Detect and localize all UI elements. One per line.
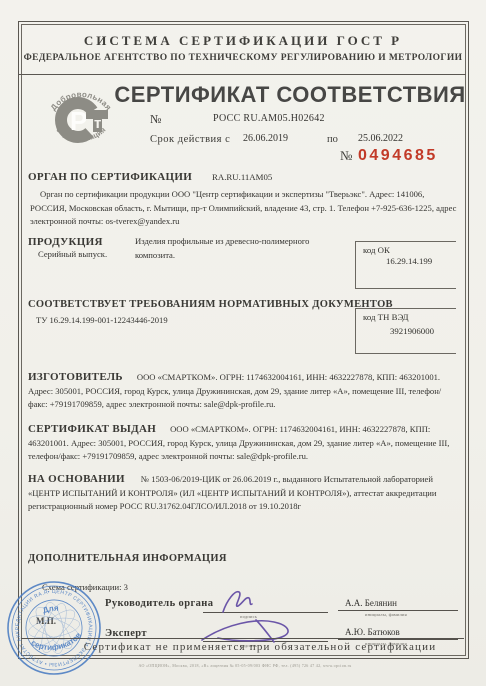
stamp-ring-text: • ЦЕНТР СЕРТИФИКАЦИИ И ЭКСПЕРТИЗЫ • АТТЕ… bbox=[2, 576, 99, 676]
validity-label: Срок действия с bbox=[150, 134, 230, 145]
head-name-line bbox=[338, 610, 458, 611]
product-heading: ПРОДУКЦИЯ bbox=[28, 236, 103, 248]
svg-text:• ЦЕНТР СЕРТИФИКАЦИИ И ЭКСПЕРТ: • ЦЕНТР СЕРТИФИКАЦИИ И ЭКСПЕРТИЗЫ • АТТЕ… bbox=[2, 576, 99, 676]
organ-body: Орган по сертификации продукции ООО "Цен… bbox=[30, 188, 458, 229]
issued-heading: СЕРТИФИКАТ ВЫДАН bbox=[28, 423, 156, 435]
tnved-code-value: 3921906000 bbox=[390, 326, 456, 336]
compliance-heading: СООТВЕТСТВУЕТ ТРЕБОВАНИЯМ НОРМАТИВНЫХ ДО… bbox=[28, 299, 393, 310]
header-divider bbox=[19, 74, 466, 75]
ok-code-box: код ОК 16.29.14.199 bbox=[355, 241, 456, 289]
ok-code-value: 16.29.14.199 bbox=[386, 256, 456, 266]
agency-line: ФЕДЕРАЛЬНОЕ АГЕНТСТВО ПО ТЕХНИЧЕСКОМУ РЕ… bbox=[22, 53, 464, 63]
valid-from-date: 26.06.2019 bbox=[243, 133, 288, 144]
footer-note: Сертификат не применяется при обязательн… bbox=[60, 641, 460, 653]
product-serial: Серийный выпуск. bbox=[38, 248, 107, 262]
certification-stamp: • ЦЕНТР СЕРТИФИКАЦИИ И ЭКСПЕРТИЗЫ • АТТЕ… bbox=[2, 576, 106, 680]
tnved-code-box: код ТН ВЭД 3921906000 bbox=[355, 308, 456, 354]
system-line: СИСТЕМА СЕРТИФИКАЦИИ ГОСТ Р bbox=[30, 33, 456, 49]
printing-house-line: АО «ОПЦИОН», Москва, 2018, «В» лицензия … bbox=[95, 663, 395, 668]
compliance-tu: ТУ 16.29.14.199-001-12243446-2019 bbox=[36, 314, 168, 328]
rst-voluntary-certification-emblem: Добровольная сертификация Р т bbox=[40, 84, 122, 154]
manufacturer-heading: ИЗГОТОВИТЕЛЬ bbox=[28, 371, 123, 383]
valid-to-date: 25.06.2022 bbox=[358, 133, 403, 144]
cert-number-value: РОСС RU.AM05.H02642 bbox=[213, 113, 325, 124]
head-of-body-label: Руководитель органа bbox=[105, 598, 213, 609]
issued-paragraph: СЕРТИФИКАТ ВЫДАНООО «СМАРТКОМ». ОГРН: 11… bbox=[28, 423, 460, 464]
manufacturer-paragraph: ИЗГОТОВИТЕЛЬООО «СМАРТКОМ». ОГРН: 117463… bbox=[28, 371, 460, 412]
valid-to-label: по bbox=[327, 134, 338, 145]
basis-paragraph: НА ОСНОВАНИИ№ 1503-06/2019-ЦИК от 26.06.… bbox=[28, 473, 456, 514]
organ-heading: ОРГАН ПО СЕРТИФИКАЦИИ bbox=[28, 171, 192, 183]
additional-heading: ДОПОЛНИТЕЛЬНАЯ ИНФОРМАЦИЯ bbox=[28, 553, 227, 564]
emblem-letter-t: т bbox=[94, 115, 101, 132]
cert-number-sign: № bbox=[150, 112, 161, 127]
blank-number-sign: № bbox=[340, 148, 352, 164]
organ-code: RA.RU.11AM05 bbox=[212, 172, 272, 182]
tnved-code-label: код ТН ВЭД bbox=[363, 312, 456, 322]
certificate-title: СЕРТИФИКАТ СООТВЕТСТВИЯ bbox=[112, 82, 468, 108]
product-description: Изделия профильные из древесно-полимерно… bbox=[135, 235, 350, 262]
blank-number-value: 0494685 bbox=[358, 147, 438, 165]
certificate-sheet: СИСТЕМА СЕРТИФИКАЦИИ ГОСТ Р ФЕДЕРАЛЬНОЕ … bbox=[0, 0, 486, 686]
head-signature-ink bbox=[205, 588, 295, 616]
emblem-letter-p: Р bbox=[70, 106, 87, 136]
head-name: А.А. Белянин bbox=[345, 598, 397, 608]
head-name-caption: инициалы, фамилия bbox=[365, 612, 407, 617]
basis-heading: НА ОСНОВАНИИ bbox=[28, 473, 125, 485]
expert-name: А.Ю. Батюков bbox=[345, 627, 400, 637]
ok-code-label: код ОК bbox=[363, 245, 456, 255]
